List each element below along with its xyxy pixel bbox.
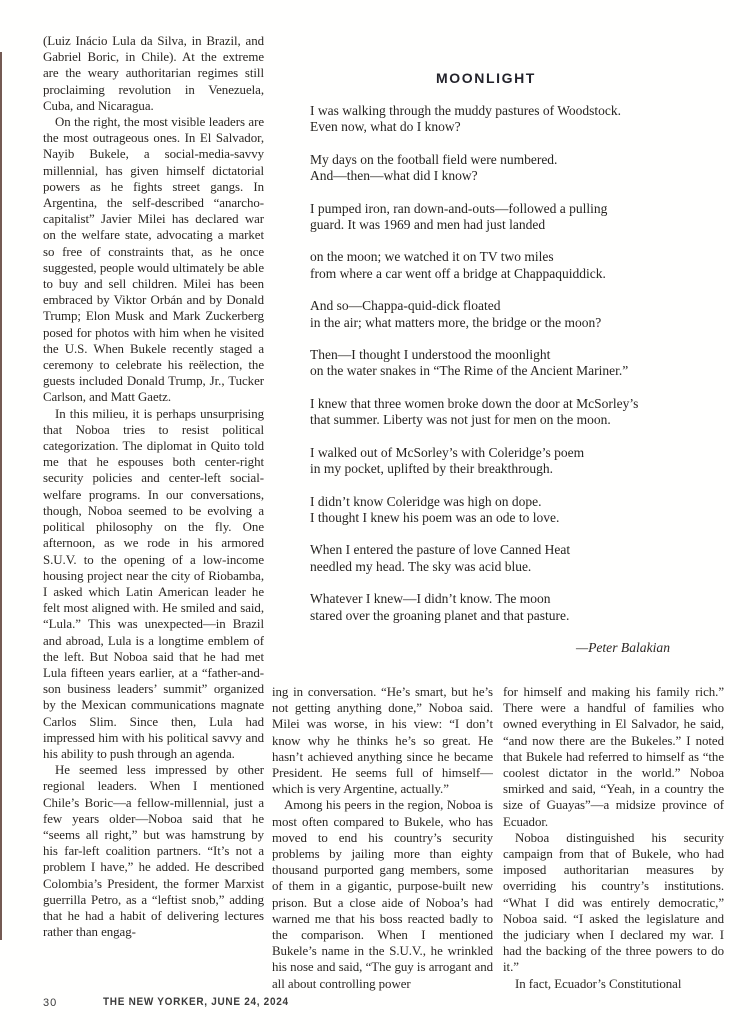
magazine-page: (Luiz Inácio Lula da Silva, in Brazil, a…	[0, 0, 756, 1032]
poem-line: in the air; what matters more, the bridg…	[310, 315, 702, 331]
article-right-column: for himself and making his family rich.”…	[503, 684, 724, 995]
poem-line: Then—I thought I understood the moonligh…	[310, 347, 702, 363]
poem-line: I didn’t know Coleridge was high on dope…	[310, 494, 702, 510]
poem-line: stared over the groaning planet and that…	[310, 608, 702, 624]
poem-stanza: Whatever I knew—I didn’t know. The moon …	[310, 591, 702, 624]
article-paragraph: (Luiz Inácio Lula da Silva, in Brazil, a…	[43, 33, 264, 114]
poem-line: And—then—what did I know?	[310, 168, 702, 184]
page-edge-artifact	[0, 52, 2, 940]
poem-line: Even now, what do I know?	[310, 119, 702, 135]
poem-stanza: I was walking through the muddy pastures…	[310, 103, 702, 136]
poem-line: My days on the football field were numbe…	[310, 152, 702, 168]
poem-stanza: I pumped iron, ran down-and-outs—followe…	[310, 201, 702, 234]
article-left-column: (Luiz Inácio Lula da Silva, in Brazil, a…	[43, 33, 264, 995]
article-paragraph: Among his peers in the region, Noboa is …	[272, 797, 493, 991]
page-number: 30	[43, 997, 57, 1009]
poem-line: I was walking through the muddy pastures…	[310, 103, 702, 119]
article-paragraph: Noboa distinguished his security campaig…	[503, 830, 724, 976]
poem-stanzas: I was walking through the muddy pastures…	[270, 103, 702, 624]
article-paragraph: In fact, Ecuador’s Constitutional	[503, 976, 724, 992]
poem-stanza: My days on the football field were numbe…	[310, 152, 702, 185]
article-paragraph: In this milieu, it is perhaps unsurprisi…	[43, 406, 264, 762]
poem-stanza: I knew that three women broke down the d…	[310, 396, 702, 429]
poem-line: Whatever I knew—I didn’t know. The moon	[310, 591, 702, 607]
poem-stanza: Then—I thought I understood the moonligh…	[310, 347, 702, 380]
poem-line: When I entered the pasture of love Canne…	[310, 542, 702, 558]
poem-line: on the water snakes in “The Rime of the …	[310, 363, 702, 379]
poem-line: I thought I knew his poem was an ode to …	[310, 510, 702, 526]
poem-line: that summer. Liberty was not just for me…	[310, 412, 702, 428]
poem-stanza: When I entered the pasture of love Canne…	[310, 542, 702, 575]
poem-attribution: —Peter Balakian	[270, 640, 702, 656]
article-paragraph: On the right, the most visible leaders a…	[43, 114, 264, 406]
poem-line: I pumped iron, ran down-and-outs—followe…	[310, 201, 702, 217]
poem-line: from where a car went off a bridge at Ch…	[310, 266, 702, 282]
poem-stanza: I didn’t know Coleridge was high on dope…	[310, 494, 702, 527]
poem-stanza: I walked out of McSorley’s with Coleridg…	[310, 445, 702, 478]
poem-line: I knew that three women broke down the d…	[310, 396, 702, 412]
poem-line: guard. It was 1969 and men had just land…	[310, 217, 702, 233]
poem-stanza: on the moon; we watched it on TV two mil…	[310, 249, 702, 282]
article-paragraph: He seemed less impressed by other region…	[43, 762, 264, 940]
publication-date-line: THE NEW YORKER, JUNE 24, 2024	[103, 997, 289, 1009]
article-middle-column: ing in conversation. “He’s smart, but he…	[272, 684, 493, 995]
article-paragraph: ing in conversation. “He’s smart, but he…	[272, 684, 493, 797]
poem-stanza: And so—Chappa-quid-dick floated in the a…	[310, 298, 702, 331]
poem-line: I walked out of McSorley’s with Coleridg…	[310, 445, 702, 461]
poem-line: needled my head. The sky was acid blue.	[310, 559, 702, 575]
poem-line: on the moon; we watched it on TV two mil…	[310, 249, 702, 265]
article-paragraph: for himself and making his family rich.”…	[503, 684, 724, 830]
poem-title: MOONLIGHT	[270, 70, 702, 86]
poem-block: MOONLIGHT I was walking through the mudd…	[270, 70, 702, 656]
poem-line: And so—Chappa-quid-dick floated	[310, 298, 702, 314]
poem-line: in my pocket, uplifted by their breakthr…	[310, 461, 702, 477]
